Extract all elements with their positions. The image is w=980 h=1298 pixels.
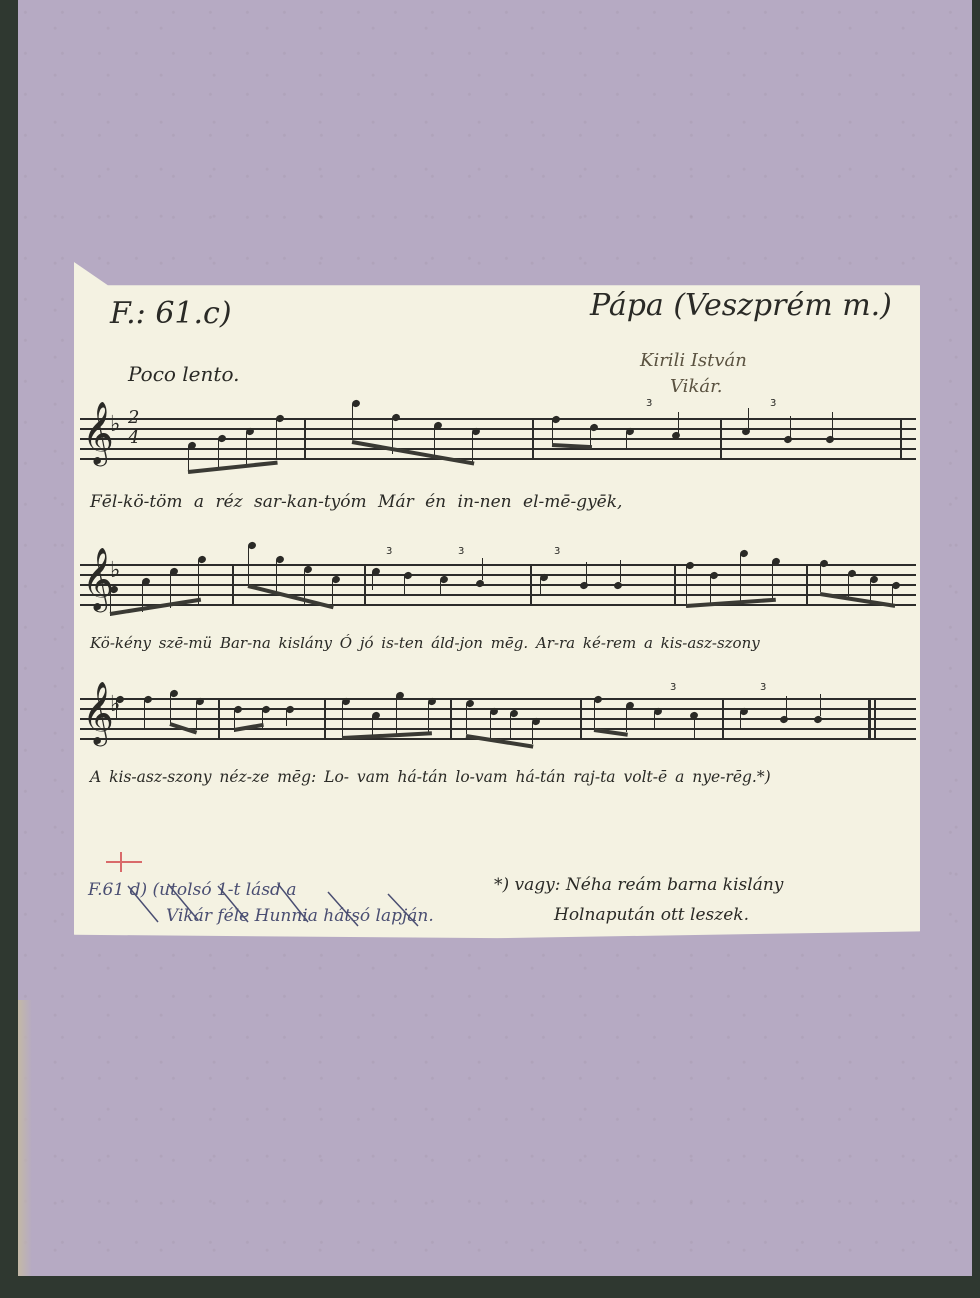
- flat-key-signature: ♭: [110, 558, 120, 583]
- time-signature: 24: [128, 408, 139, 448]
- tempo-marking: Poco lento.: [128, 362, 239, 386]
- lyrics-line-1: Fēl-kö-töm a réz sar-kan-tyóm Már én in-…: [90, 492, 622, 512]
- archive-annotation: F.61 d) (utolsó 1-t lásd a Vikár féle Hu…: [88, 877, 434, 929]
- flat-key-signature: ♭: [110, 412, 120, 437]
- board-edge: [18, 1000, 32, 1276]
- footnote-line-2: Holnapután ott leszek.: [494, 900, 783, 930]
- footnote: *) vagy: Néha reám barna kislány Holnapu…: [494, 870, 783, 930]
- footnote-line-1: *) vagy: Néha reám barna kislány: [494, 870, 783, 900]
- manuscript-sheet: F.: 61.c) Poco lento. Pápa (Veszprém m.)…: [74, 262, 920, 945]
- lyrics-line-2: Kö-kény szē-mü Bar-na kislány Ó jó is-te…: [90, 634, 760, 652]
- lyrics-line-3: A kis-asz-szony néz-ze mēg: Lo- vam há-t…: [90, 768, 771, 786]
- catalog-number: F.: 61.c): [110, 296, 232, 331]
- staff-system-2: 𝄞 ♭ 3 3 3: [80, 564, 916, 604]
- staff-system-3: 𝄞 ♭ 3 3: [80, 698, 916, 738]
- archive-annotation-line-1: F.61 d) (utolsó 1-t lásd a: [88, 877, 434, 903]
- song-location-title: Pápa (Veszprém m.): [590, 288, 892, 323]
- staff-system-1: 𝄞 ♭ 24 3 3: [80, 418, 916, 458]
- red-cross-mark: [106, 852, 142, 872]
- archive-annotation-line-2: Vikár féle Hunnia hátsó lapján.: [88, 903, 434, 929]
- collector-name: Vikár.: [670, 376, 722, 397]
- performer-name: Kirili István: [640, 350, 747, 371]
